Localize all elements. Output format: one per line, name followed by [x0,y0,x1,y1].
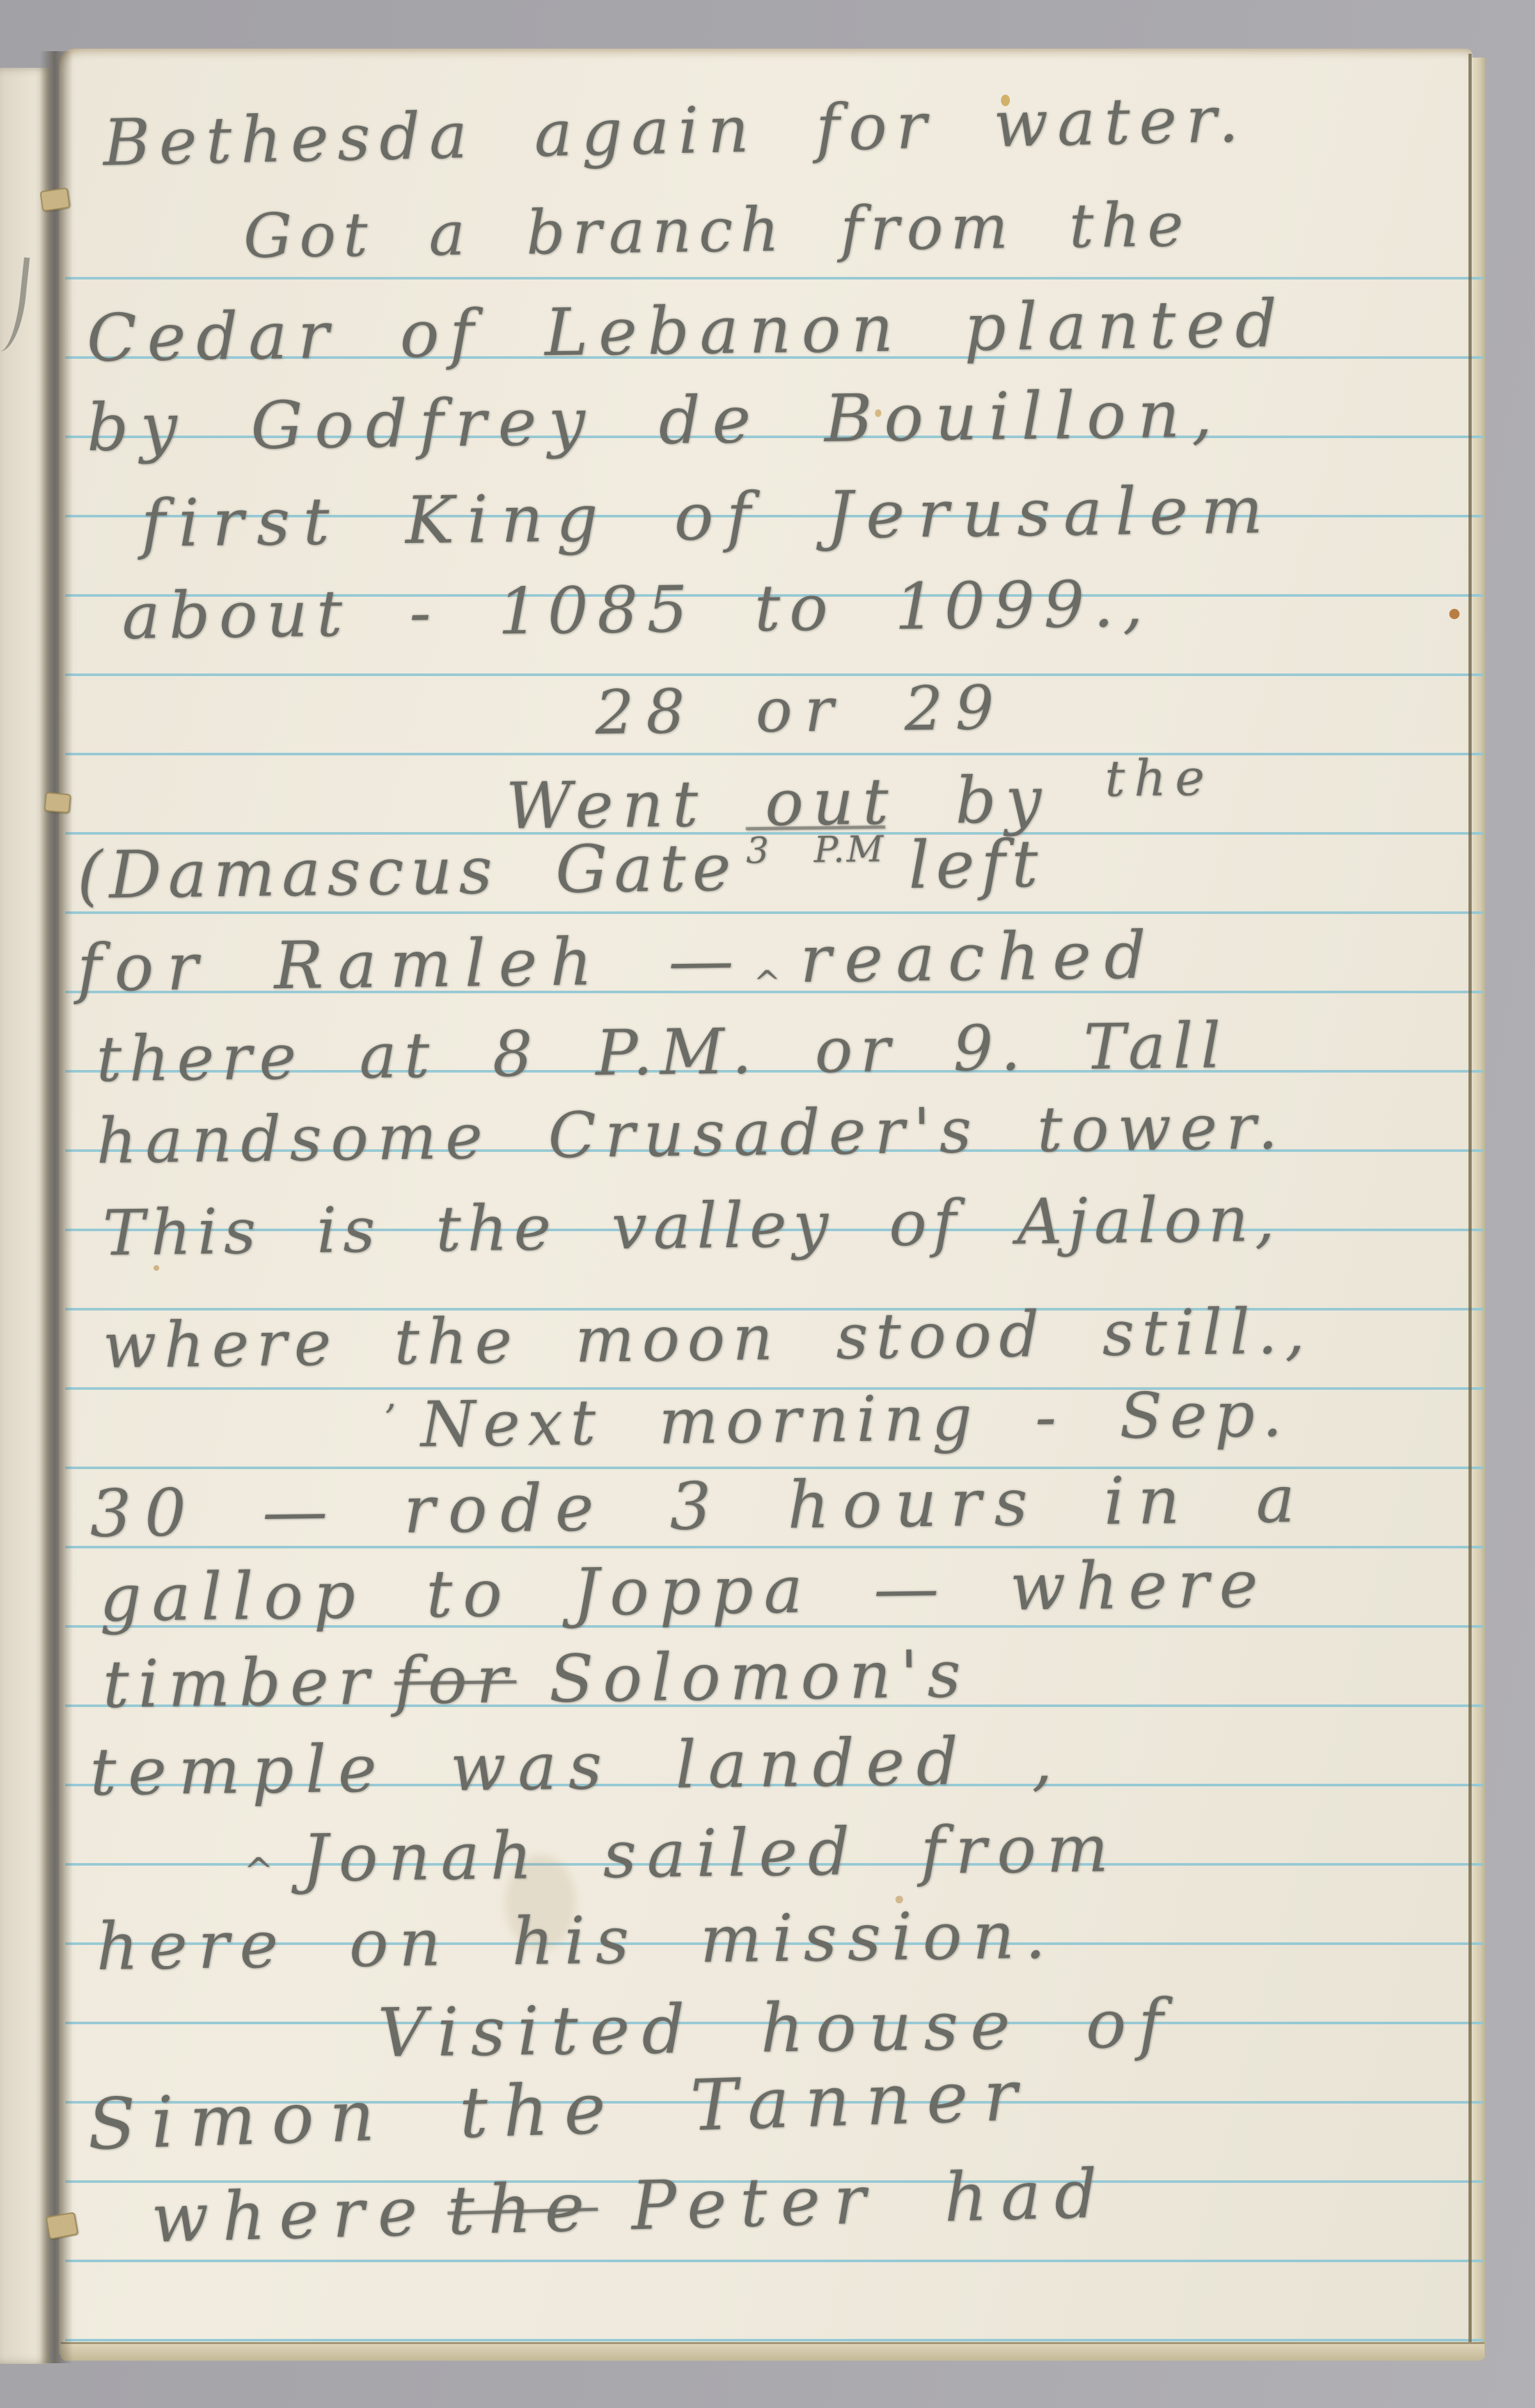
insertion-caret: ^ [753,964,794,1002]
handwriting-line: about - 1085 to 1099., [122,566,1153,654]
handwriting-line: wherethePeter had [150,2155,1112,2258]
tick-mark: ^ [244,1850,285,1893]
handwriting-word: Next morning - Sep. [420,1378,1290,1462]
handwriting-line: timberforSolomon's [102,1636,970,1723]
handwriting-line: Bethesda again for water. [102,82,1248,180]
handwriting-line: ^Jonah sailed from [243,1811,1119,1898]
handwriting-line: ’Next morning - Sep. [384,1378,1290,1462]
handwriting-word: where [150,2173,432,2258]
handwriting-line: where the moon stood still., [102,1295,1312,1383]
handwriting-word: (Damascus Gate [77,830,738,914]
strikethrough-word: the [446,2168,599,2250]
raised-word: the [1105,749,1214,808]
handwriting-line: here on his mission. [96,1898,1057,1985]
handwriting-line: handsome Crusader's tower. [96,1090,1287,1178]
handwriting-line: Visited house of [377,1985,1176,2072]
handwriting-word: left [908,826,1045,904]
handwriting-line: Got a branch from the [243,190,1191,272]
superscript-insertion: 3 P.M [746,828,886,872]
handwriting-word: reached [799,917,1160,998]
handwriting-line: first King of Jerusalem [141,472,1277,562]
handwriting-line: This is the valley of Ajalon, [102,1183,1281,1270]
handwriting-word: Jonah sailed from [301,1811,1119,1897]
handwriting-line: gallop to Joppa — where [99,1546,1269,1637]
strikethrough-word: for [394,1642,517,1719]
handwriting-line: temple was landed , [90,1722,1064,1811]
handwriting-line: Simon the Tanner [86,2054,1034,2166]
handwriting-line: by Godfrey de Bouillon, [86,376,1224,466]
handwriting-layer: Bethesda again for water. Got a branch f… [0,0,1535,2408]
handwriting-line: 30 — rode 3 hours in a [90,1461,1309,1552]
scanned-notebook-photo: Bethesda again for water. Got a branch f… [0,0,1535,2408]
handwriting-word: timber [102,1644,379,1723]
handwriting-line: 28 or 29 [595,673,1007,748]
handwriting-line: for Ramleh —^reached [77,917,1160,1010]
tick-mark: ’ [384,1396,404,1440]
handwriting-line: there at 8 P.M. or 9. Tall [96,1009,1229,1096]
handwriting-word: for Ramleh — [77,922,747,1007]
handwriting-line: (Damascus Gate3 P.Mleft [77,826,1045,914]
handwriting-word: Peter had [630,2155,1112,2246]
handwriting-word: Solomon's [549,1636,970,1717]
handwriting-line: Cedar of Lebanon planted [86,286,1287,377]
